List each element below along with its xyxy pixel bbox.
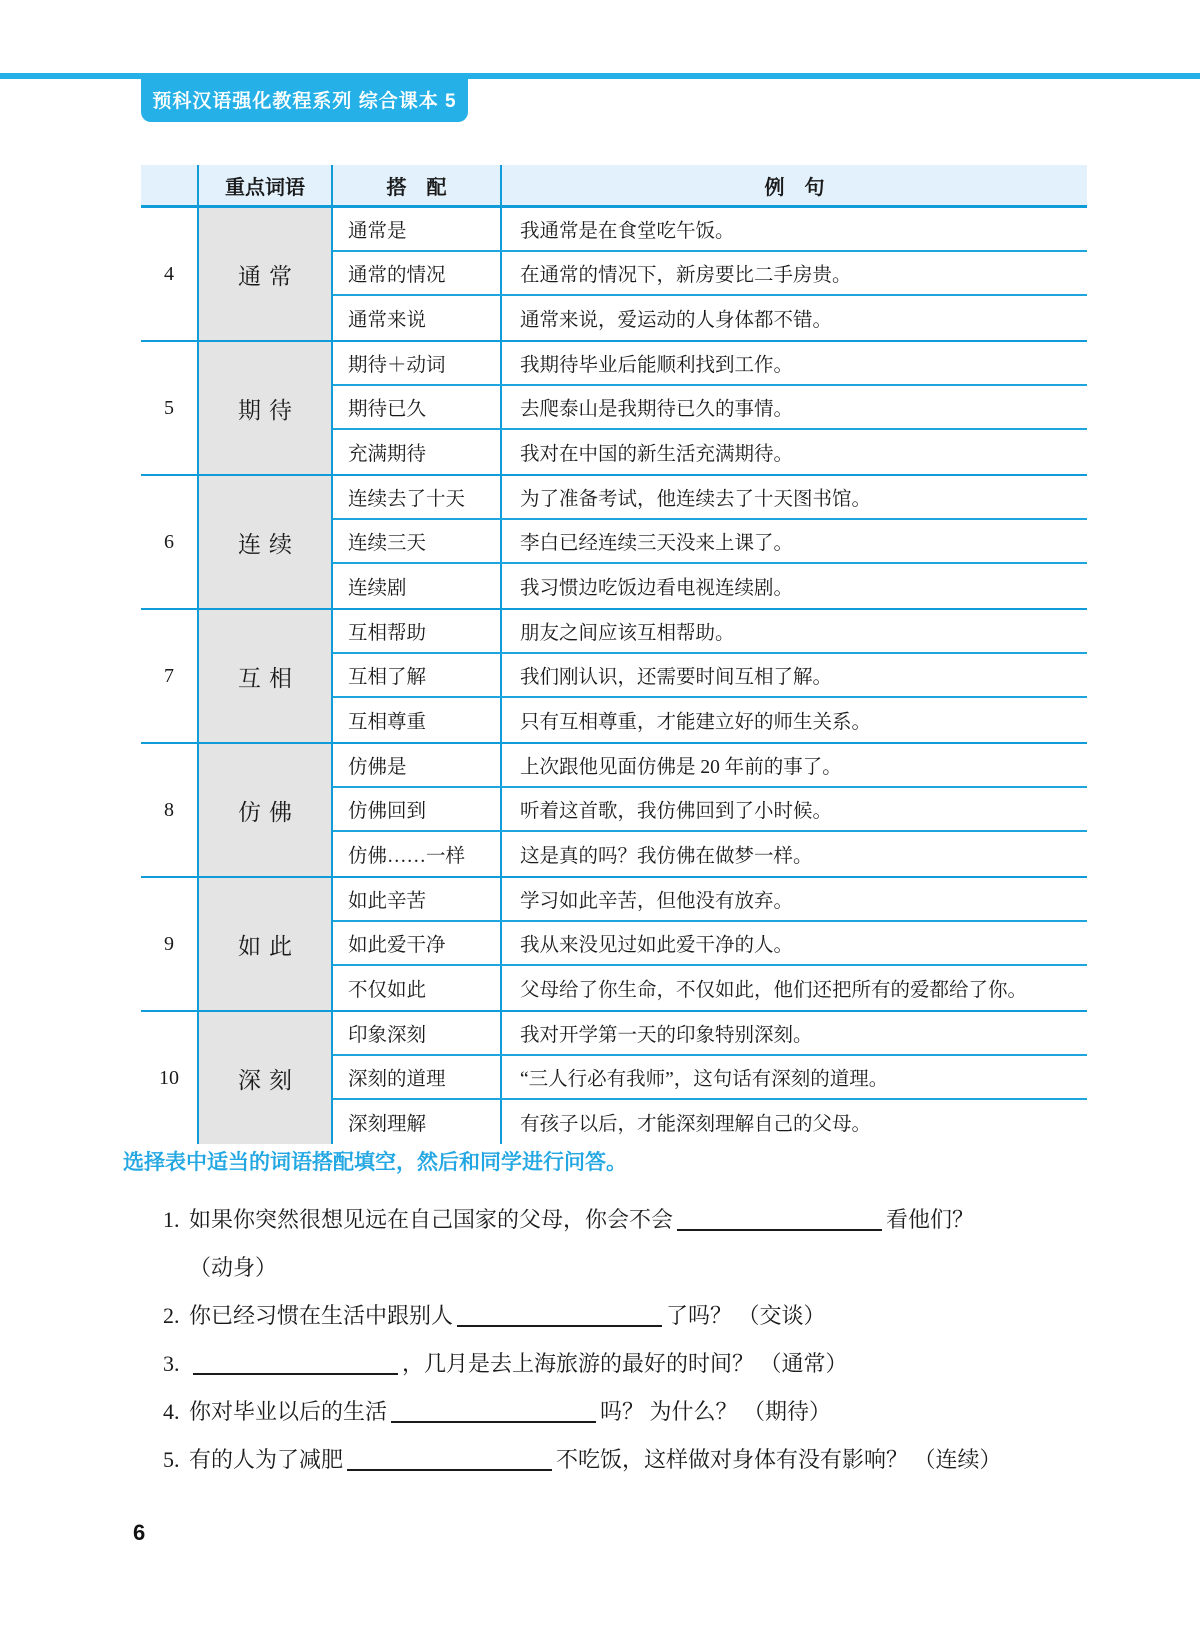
table-row: 连续去了十天 为了准备考试，他连续去了十天图书馆。 — [333, 476, 1087, 520]
exercise-text: 吗？ 为什么？ （期待） — [600, 1399, 831, 1424]
keyword-cell: 期待 — [197, 342, 333, 474]
exercise-list: 1. 如果你突然很想见远在自己国家的父母，你会不会看他们？（动身） 2. 你已经… — [163, 1196, 1130, 1484]
collocation-cell: 深刻的道理 — [333, 1056, 502, 1098]
collocation-cell: 通常是 — [333, 208, 502, 250]
keyword-cell: 仿佛 — [197, 744, 333, 876]
row-number: 9 — [141, 878, 197, 1010]
table-row: 不仅如此 父母给了你生命，不仅如此，他们还把所有的爱都给了你。 — [333, 966, 1087, 1010]
exercise-line: 如果你突然很想见远在自己国家的父母，你会不会看他们？ — [189, 1196, 1130, 1244]
table-row: 连续剧 我习惯边吃饭边看电视连续剧。 — [333, 564, 1087, 608]
collocation-cell: 仿佛回到 — [333, 788, 502, 830]
exercise-item: 3. ，几月是去上海旅游的最好的时间？ （通常） — [163, 1340, 1130, 1388]
example-cell: 我对开学第一天的印象特别深刻。 — [502, 1012, 1087, 1054]
row-number: 10 — [141, 1012, 197, 1144]
example-cell: 父母给了你生命，不仅如此，他们还把所有的爱都给了你。 — [502, 966, 1087, 1010]
collocation-cell: 充满期待 — [333, 430, 502, 474]
exercise-line: （动身） — [189, 1244, 1130, 1292]
exercise-text: 不吃饭，这样做对身体有没有影响？ （连续） — [556, 1447, 1002, 1472]
table-row: 印象深刻 我对开学第一天的印象特别深刻。 — [333, 1012, 1087, 1056]
example-cell: 我通常是在食堂吃午饭。 — [502, 208, 1087, 250]
row-number: 4 — [141, 208, 197, 340]
row-group-entries: 通常是 我通常是在食堂吃午饭。 通常的情况 在通常的情况下，新房要比二手房贵。 … — [333, 208, 1087, 340]
exercise-line: 你已经习惯在生活中跟别人了吗？ （交谈） — [189, 1292, 1130, 1340]
exercise-body: 有的人为了减肥不吃饭，这样做对身体有没有影响？ （连续） — [189, 1436, 1130, 1484]
exercise-body: 你已经习惯在生活中跟别人了吗？ （交谈） — [189, 1292, 1130, 1340]
exercise-text: （动身） — [189, 1255, 277, 1280]
table-header-row: 重点词语 搭 配 例 句 — [141, 165, 1087, 208]
row-group-entries: 印象深刻 我对开学第一天的印象特别深刻。 深刻的道理 “三人行必有我师”，这句话… — [333, 1012, 1087, 1144]
exercise-item: 4. 你对毕业以后的生活吗？ 为什么？ （期待） — [163, 1388, 1130, 1436]
collocation-cell: 仿佛是 — [333, 744, 502, 786]
exercise-item: 5. 有的人为了减肥不吃饭，这样做对身体有没有影响？ （连续） — [163, 1436, 1130, 1484]
table-row: 互相帮助 朋友之间应该互相帮助。 — [333, 610, 1087, 654]
exercise-number: 3. — [163, 1340, 189, 1388]
fill-in-blank — [457, 1301, 662, 1327]
row-number: 6 — [141, 476, 197, 608]
table-row-group: 9 如此 如此辛苦 学习如此辛苦，但他没有放弃。 如此爱干净 我从来没见过如此爱… — [141, 878, 1087, 1012]
exercise-body: 如果你突然很想见远在自己国家的父母，你会不会看他们？（动身） — [189, 1196, 1130, 1292]
table-row: 通常的情况 在通常的情况下，新房要比二手房贵。 — [333, 252, 1087, 296]
example-cell: 我从来没见过如此爱干净的人。 — [502, 922, 1087, 964]
table-row: 互相尊重 只有互相尊重，才能建立好的师生关系。 — [333, 698, 1087, 742]
exercise-text: 有的人为了减肥 — [189, 1447, 343, 1472]
table-row-group: 5 期待 期待＋动词 我期待毕业后能顺利找到工作。 期待已久 去爬泰山是我期待已… — [141, 342, 1087, 476]
table-row-group: 8 仿佛 仿佛是 上次跟他见面仿佛是 20 年前的事了。 仿佛回到 听着这首歌，… — [141, 744, 1087, 878]
exercise-text: 你已经习惯在生活中跟别人 — [189, 1303, 453, 1328]
example-cell: 我们刚认识，还需要时间互相了解。 — [502, 654, 1087, 696]
exercise-text: 了吗？ （交谈） — [666, 1303, 826, 1328]
keyword-cell: 深刻 — [197, 1012, 333, 1144]
table-row: 仿佛……一样 这是真的吗？我仿佛在做梦一样。 — [333, 832, 1087, 876]
example-cell: 只有互相尊重，才能建立好的师生关系。 — [502, 698, 1087, 742]
table-row: 期待＋动词 我期待毕业后能顺利找到工作。 — [333, 342, 1087, 386]
collocation-cell: 连续三天 — [333, 520, 502, 562]
fill-in-blank — [677, 1205, 882, 1231]
keyword-cell: 通常 — [197, 208, 333, 340]
row-group-entries: 互相帮助 朋友之间应该互相帮助。 互相了解 我们刚认识，还需要时间互相了解。 互… — [333, 610, 1087, 742]
row-group-entries: 连续去了十天 为了准备考试，他连续去了十天图书馆。 连续三天 李白已经连续三天没… — [333, 476, 1087, 608]
example-cell: 这是真的吗？我仿佛在做梦一样。 — [502, 832, 1087, 876]
collocation-cell: 通常来说 — [333, 296, 502, 340]
exercise-number: 2. — [163, 1292, 189, 1340]
table-row: 如此辛苦 学习如此辛苦，但他没有放弃。 — [333, 878, 1087, 922]
table-row: 深刻的道理 “三人行必有我师”，这句话有深刻的道理。 — [333, 1056, 1087, 1100]
exercise-line: ，几月是去上海旅游的最好的时间？ （通常） — [189, 1340, 1130, 1388]
textbook-page: 预科汉语强化教程系列 综合课本 5 重点词语 搭 配 例 句 4 通常 通常是 … — [0, 0, 1200, 1639]
exercise-text: 看他们？ — [886, 1207, 974, 1232]
example-cell: 朋友之间应该互相帮助。 — [502, 610, 1087, 652]
collocation-cell: 连续去了十天 — [333, 476, 502, 518]
exercise-text: 你对毕业以后的生活 — [189, 1399, 387, 1424]
table-row: 充满期待 我对在中国的新生活充满期待。 — [333, 430, 1087, 474]
example-cell: 通常来说，爱运动的人身体都不错。 — [502, 296, 1087, 340]
table-row: 连续三天 李白已经连续三天没来上课了。 — [333, 520, 1087, 564]
example-cell: “三人行必有我师”，这句话有深刻的道理。 — [502, 1056, 1087, 1098]
row-group-entries: 仿佛是 上次跟他见面仿佛是 20 年前的事了。 仿佛回到 听着这首歌，我仿佛回到… — [333, 744, 1087, 876]
table-row: 期待已久 去爬泰山是我期待已久的事情。 — [333, 386, 1087, 430]
example-cell: 听着这首歌，我仿佛回到了小时候。 — [502, 788, 1087, 830]
example-cell: 有孩子以后，才能深刻理解自己的父母。 — [502, 1100, 1087, 1144]
table-row: 仿佛回到 听着这首歌，我仿佛回到了小时候。 — [333, 788, 1087, 832]
example-cell: 我对在中国的新生活充满期待。 — [502, 430, 1087, 474]
exercise-number: 4. — [163, 1388, 189, 1436]
row-group-entries: 如此辛苦 学习如此辛苦，但他没有放弃。 如此爱干净 我从来没见过如此爱干净的人。… — [333, 878, 1087, 1010]
example-cell: 上次跟他见面仿佛是 20 年前的事了。 — [502, 744, 1087, 786]
collocation-cell: 连续剧 — [333, 564, 502, 608]
exercise-line: 有的人为了减肥不吃饭，这样做对身体有没有影响？ （连续） — [189, 1436, 1130, 1484]
table-row: 互相了解 我们刚认识，还需要时间互相了解。 — [333, 654, 1087, 698]
table-row: 如此爱干净 我从来没见过如此爱干净的人。 — [333, 922, 1087, 966]
collocation-cell: 互相尊重 — [333, 698, 502, 742]
collocation-cell: 互相了解 — [333, 654, 502, 696]
table-row-group: 7 互相 互相帮助 朋友之间应该互相帮助。 互相了解 我们刚认识，还需要时间互相… — [141, 610, 1087, 744]
collocation-cell: 期待＋动词 — [333, 342, 502, 384]
exercise-item: 1. 如果你突然很想见远在自己国家的父母，你会不会看他们？（动身） — [163, 1196, 1130, 1292]
keyword-cell: 如此 — [197, 878, 333, 1010]
fill-in-blank — [347, 1445, 552, 1471]
table-row-group: 10 深刻 印象深刻 我对开学第一天的印象特别深刻。 深刻的道理 “三人行必有我… — [141, 1012, 1087, 1144]
table-row-group: 6 连续 连续去了十天 为了准备考试，他连续去了十天图书馆。 连续三天 李白已经… — [141, 476, 1087, 610]
exercise-item: 2. 你已经习惯在生活中跟别人了吗？ （交谈） — [163, 1292, 1130, 1340]
collocation-cell: 通常的情况 — [333, 252, 502, 294]
collocation-cell: 期待已久 — [333, 386, 502, 428]
collocation-cell: 印象深刻 — [333, 1012, 502, 1054]
collocation-cell: 不仅如此 — [333, 966, 502, 1010]
series-badge: 预科汉语强化教程系列 综合课本 5 — [141, 73, 468, 122]
col-header-collocation: 搭 配 — [333, 165, 502, 205]
example-cell: 在通常的情况下，新房要比二手房贵。 — [502, 252, 1087, 294]
col-header-keyword: 重点词语 — [197, 165, 333, 205]
collocation-cell: 互相帮助 — [333, 610, 502, 652]
vocab-table: 重点词语 搭 配 例 句 4 通常 通常是 我通常是在食堂吃午饭。 通常的情况 … — [141, 165, 1087, 1144]
col-header-example: 例 句 — [502, 165, 1087, 205]
table-body: 4 通常 通常是 我通常是在食堂吃午饭。 通常的情况 在通常的情况下，新房要比二… — [141, 208, 1087, 1144]
exercise-instruction: 选择表中适当的词语搭配填空，然后和同学进行问答。 — [123, 1146, 627, 1176]
fill-in-blank — [391, 1397, 596, 1423]
collocation-cell: 深刻理解 — [333, 1100, 502, 1144]
row-number: 7 — [141, 610, 197, 742]
row-group-entries: 期待＋动词 我期待毕业后能顺利找到工作。 期待已久 去爬泰山是我期待已久的事情。… — [333, 342, 1087, 474]
page-number: 6 — [133, 1520, 145, 1546]
collocation-cell: 仿佛……一样 — [333, 832, 502, 876]
exercise-line: 你对毕业以后的生活吗？ 为什么？ （期待） — [189, 1388, 1130, 1436]
table-row: 通常是 我通常是在食堂吃午饭。 — [333, 208, 1087, 252]
example-cell: 学习如此辛苦，但他没有放弃。 — [502, 878, 1087, 920]
exercise-body: 你对毕业以后的生活吗？ 为什么？ （期待） — [189, 1388, 1130, 1436]
col-header-number — [141, 165, 197, 205]
exercise-text: ，几月是去上海旅游的最好的时间？ （通常） — [402, 1351, 848, 1376]
keyword-cell: 连续 — [197, 476, 333, 608]
table-row-group: 4 通常 通常是 我通常是在食堂吃午饭。 通常的情况 在通常的情况下，新房要比二… — [141, 208, 1087, 342]
example-cell: 我习惯边吃饭边看电视连续剧。 — [502, 564, 1087, 608]
row-number: 5 — [141, 342, 197, 474]
table-row: 仿佛是 上次跟他见面仿佛是 20 年前的事了。 — [333, 744, 1087, 788]
example-cell: 为了准备考试，他连续去了十天图书馆。 — [502, 476, 1087, 518]
series-title: 预科汉语强化教程系列 综合课本 5 — [152, 83, 456, 113]
collocation-cell: 如此爱干净 — [333, 922, 502, 964]
keyword-cell: 互相 — [197, 610, 333, 742]
exercise-body: ，几月是去上海旅游的最好的时间？ （通常） — [189, 1340, 1130, 1388]
exercise-text: 如果你突然很想见远在自己国家的父母，你会不会 — [189, 1207, 673, 1232]
exercise-number: 1. — [163, 1196, 189, 1292]
fill-in-blank — [193, 1349, 398, 1375]
row-number: 8 — [141, 744, 197, 876]
example-cell: 李白已经连续三天没来上课了。 — [502, 520, 1087, 562]
exercise-number: 5. — [163, 1436, 189, 1484]
collocation-cell: 如此辛苦 — [333, 878, 502, 920]
table-row: 通常来说 通常来说，爱运动的人身体都不错。 — [333, 296, 1087, 340]
table-row: 深刻理解 有孩子以后，才能深刻理解自己的父母。 — [333, 1100, 1087, 1144]
example-cell: 去爬泰山是我期待已久的事情。 — [502, 386, 1087, 428]
example-cell: 我期待毕业后能顺利找到工作。 — [502, 342, 1087, 384]
